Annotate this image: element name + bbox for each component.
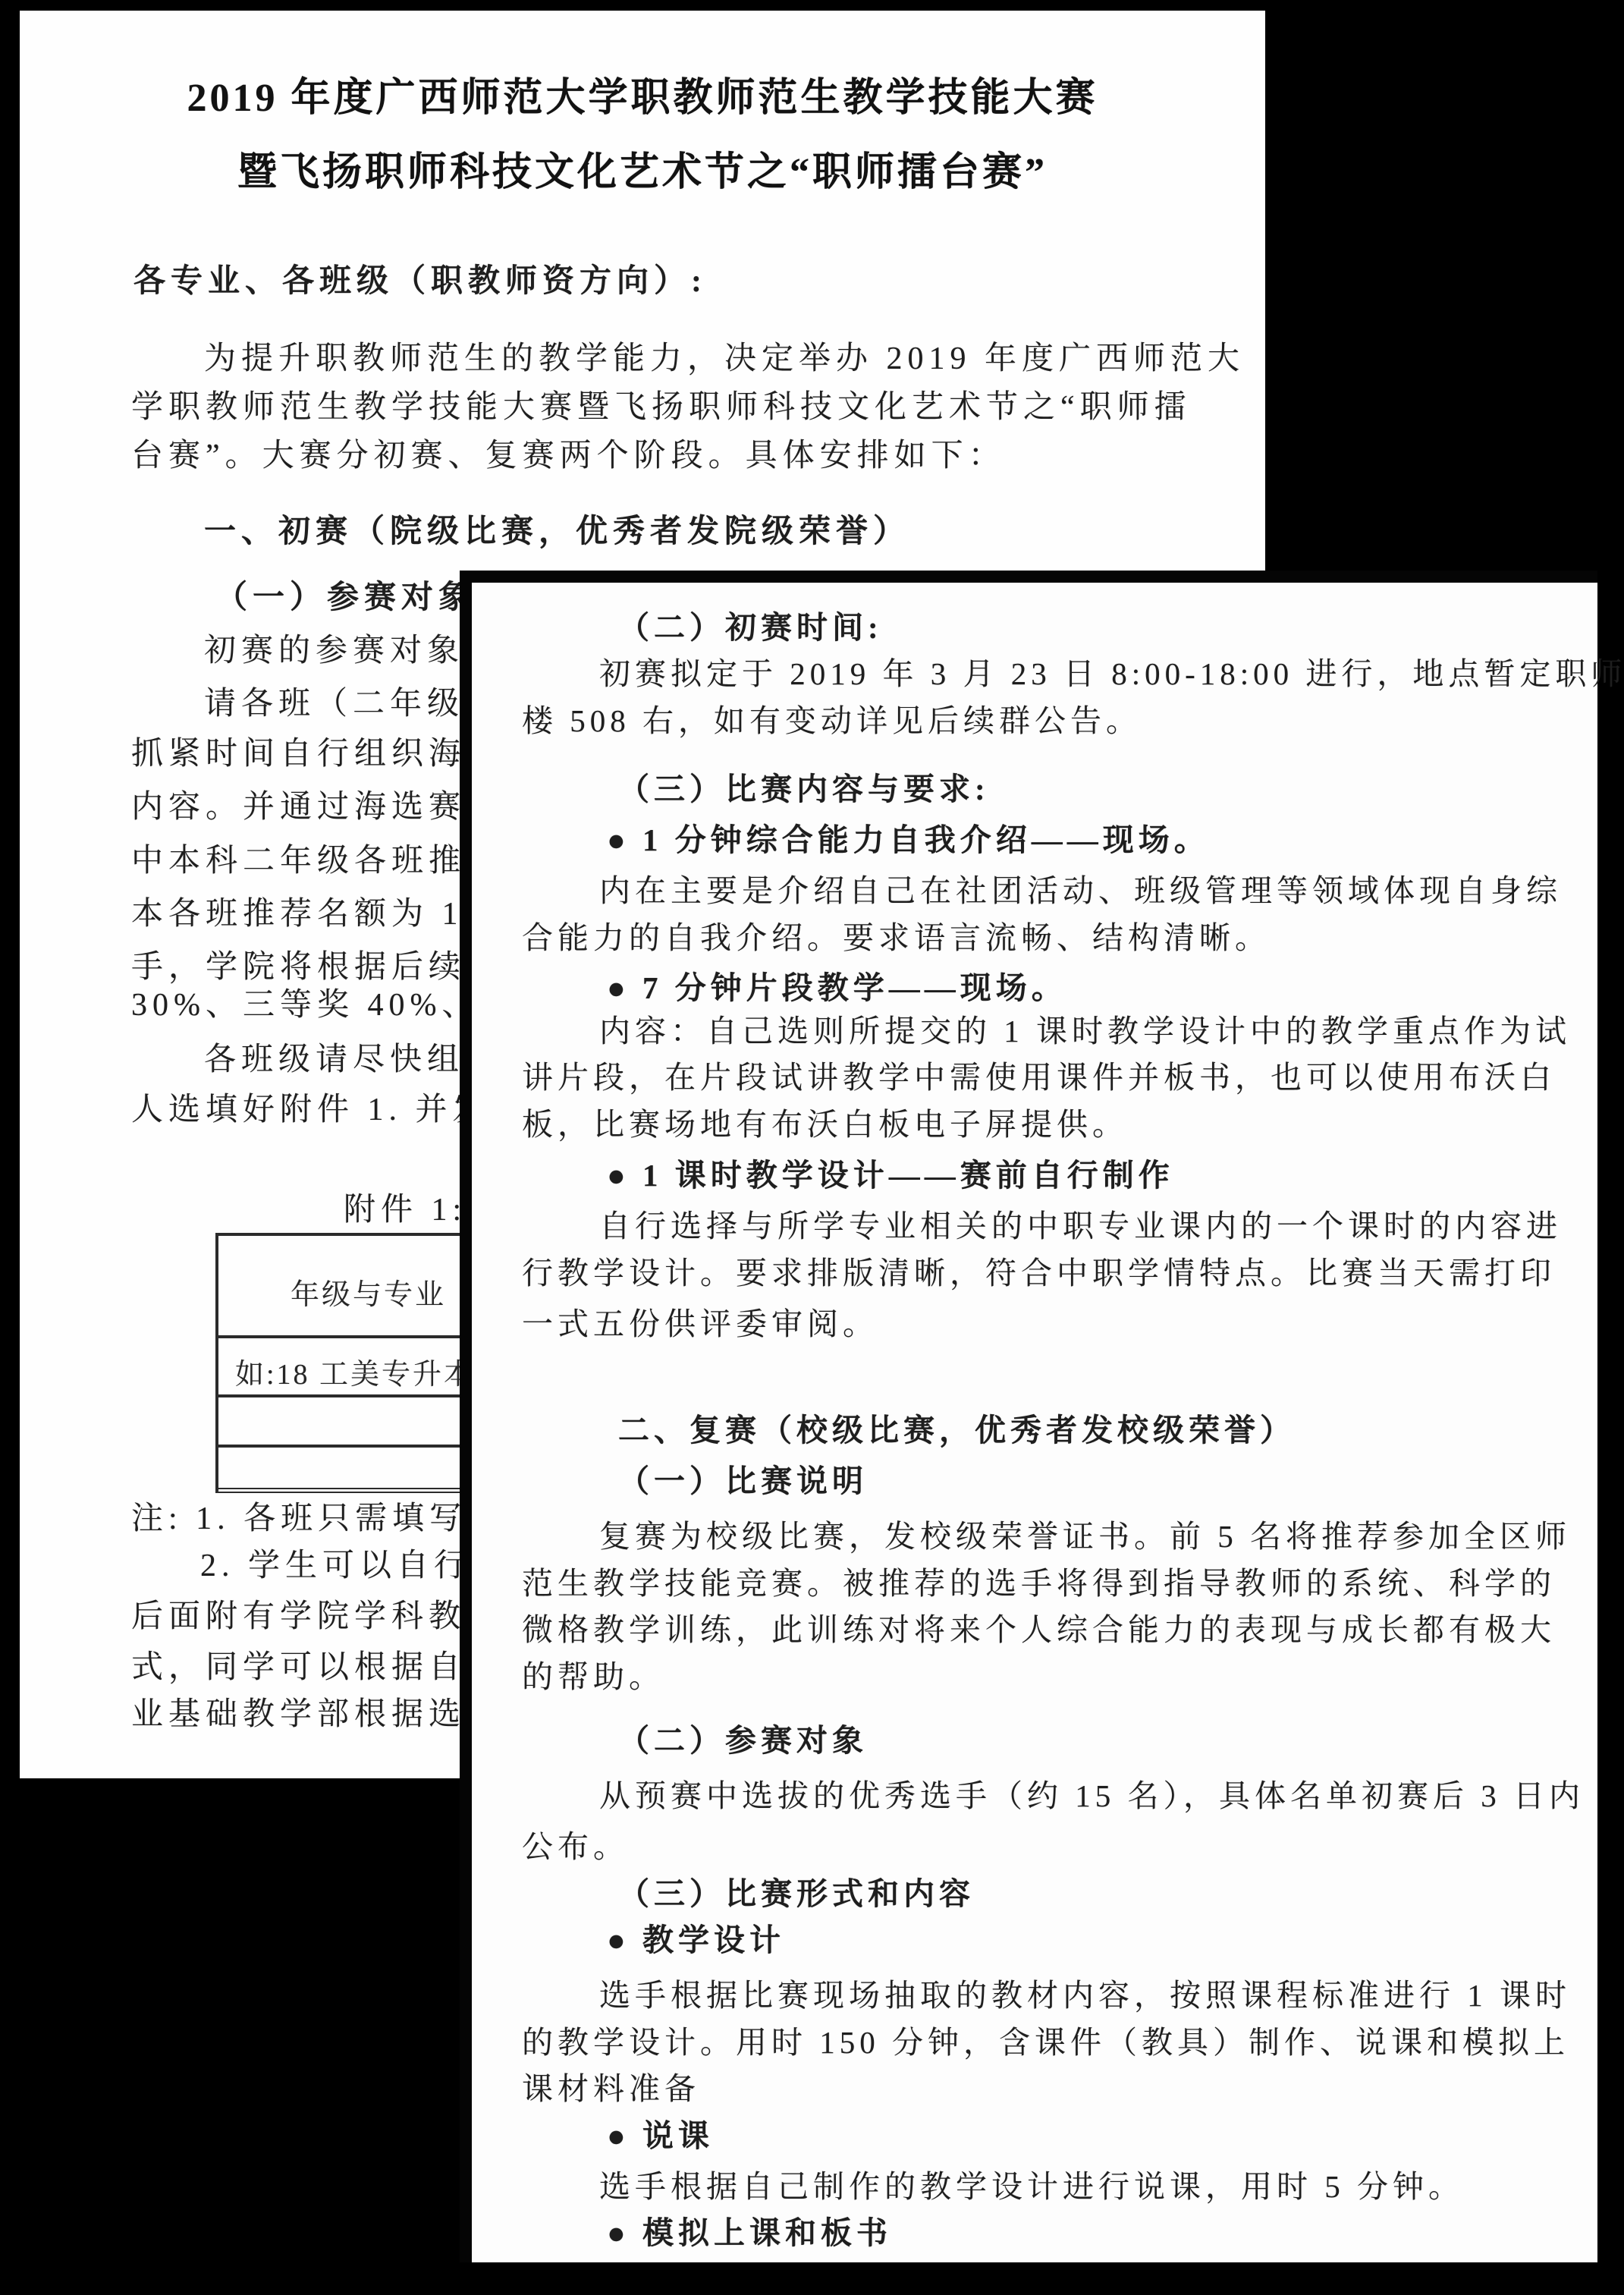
note-line: 后面附有学院学科教学法: [131, 1596, 462, 1637]
body-line: 行教学设计。要求排版清晰，符合中职学情特点。比赛当天需打印: [522, 1253, 1556, 1294]
body-line: 手，学院将根据后续各: [131, 947, 462, 988]
body-line: 一式五份供评委审阅。: [522, 1303, 878, 1344]
subsection-heading: （二）初赛时间:: [618, 607, 883, 648]
body-line: 的帮助。: [522, 1656, 664, 1697]
body-line: 初赛拟定于 2019 年 3 月 23 日 8:00-18:00 进行，地点暂定…: [599, 653, 1624, 694]
body-line: 从预赛中选拔的优秀选手（约 15 名），具体名单初赛后 3 日内: [599, 1775, 1585, 1816]
note-line: 业基础教学部根据选择选: [131, 1694, 462, 1735]
section-heading-final: 二、复赛（校级比赛，优秀者发校级荣誉）: [618, 1410, 1296, 1451]
body-line: 中本科二年级各班推荐: [131, 841, 462, 882]
body-line: 选手根据比赛现场抽取的教材内容，按照课程标准进行 1 课时: [599, 1975, 1571, 2016]
body-line: 内容：自己选则所提交的 1 课时教学设计中的教学重点作为试: [599, 1011, 1571, 1052]
table-empty-row: [218, 1448, 462, 1493]
bullet-item: ● 1 课时教学设计——赛前自行制作: [607, 1155, 1174, 1196]
body-line: 范生教学技能竞赛。被推荐的选手将得到指导教师的系统、科学的: [522, 1563, 1556, 1604]
scanned-document-background: 2019 年度广西师范大学职教师范生教学技能大赛 暨飞扬职师科技文化艺术节之“职…: [0, 0, 1624, 2295]
body-line: 自行选择与所学专业相关的中职专业课内的一个课时的内容进: [599, 1206, 1562, 1247]
bullet-item: ● 教学设计: [607, 1919, 785, 1960]
subsection-heading: （三）比赛形式和内容: [618, 1873, 975, 1914]
body-line: 各班级请尽快组织: [204, 1039, 462, 1080]
body-line: 课材料准备: [522, 2068, 700, 2109]
table-header-row: 年级与专业: [218, 1236, 462, 1338]
page-2: （二）初赛时间: 初赛拟定于 2019 年 3 月 23 日 8:00-18:0…: [460, 571, 1597, 2262]
table-example-cell: 如:18 工美专升本: [235, 1350, 462, 1392]
subsection-heading: （三）比赛内容与要求:: [618, 769, 990, 810]
body-line: 抓紧时间自行组织海选: [131, 734, 462, 775]
body-line: 复赛为校级比赛，发校级荣誉证书。前 5 名将推荐参加全区师: [599, 1516, 1571, 1557]
subsection-heading: （二）参赛对象: [618, 1720, 868, 1761]
bullet-item: ● 1 分钟综合能力自我介绍——现场。: [607, 819, 1210, 860]
body-line: 内在主要是介绍自己在社团活动、班级管理等领域体现自身综: [599, 870, 1562, 911]
attachment-table: 年级与专业 如:18 工美专升本: [215, 1233, 462, 1493]
bullet-item: ● 7 分钟片段教学——现场。: [607, 967, 1067, 1008]
bullet-item: ● 模拟上课和板书: [607, 2212, 892, 2253]
page-1-clipped-region: （一）参赛对象: 初赛的参赛对象是 请各班（二年级及 抓紧时间自行组织海选 内容…: [20, 11, 462, 1778]
body-line: 请各班（二年级及: [204, 684, 462, 725]
body-line: 30%、三等奖 40%、优秀: [131, 985, 462, 1026]
body-line: 内容。并通过海选赛将: [131, 787, 462, 828]
body-line: 的教学设计。用时 150 分钟，含课件（教具）制作、说课和模拟上: [522, 2022, 1569, 2063]
body-line: 初赛的参赛对象是: [204, 630, 462, 671]
subsection-heading: （一）比赛说明: [618, 1460, 868, 1501]
table-empty-row: [218, 1397, 462, 1448]
body-line: 本各班推荐名额为 1-2: [131, 894, 462, 935]
note-line: 式，同学可以根据自己的: [131, 1647, 462, 1688]
body-line: 人选填好附件 1. 并发送: [131, 1089, 462, 1130]
note-line: 注: 1. 各班只需填写一份: [131, 1498, 462, 1539]
body-line: 楼 508 右，如有变动详见后续群公告。: [522, 700, 1142, 741]
table-row: 如:18 工美专升本: [218, 1338, 462, 1397]
bullet-item: ● 说课: [607, 2115, 714, 2156]
page-2-content: （二）初赛时间: 初赛拟定于 2019 年 3 月 23 日 8:00-18:0…: [472, 583, 1597, 2262]
body-line: 合能力的自我介绍。要求语言流畅、结构清晰。: [522, 917, 1271, 958]
body-line: 公布。: [522, 1826, 629, 1867]
body-line: 讲片段，在片段试讲教学中需使用课件并板书，也可以使用布沃白: [522, 1057, 1556, 1098]
body-line: 微格教学训练，此训练对将来个人综合能力的表现与成长都有极大: [522, 1609, 1556, 1650]
body-line: 选手根据自己制作的教学设计进行说课，用时 5 分钟。: [599, 2166, 1464, 2207]
note-line: 2. 学生可以自行选择: [200, 1545, 462, 1586]
subsection-heading: （一）参赛对象:: [215, 577, 462, 618]
body-line: 板，比赛场地有布沃白板电子屏提供。: [522, 1104, 1128, 1145]
attachment-label: 附件 1: 2: [344, 1190, 462, 1231]
table-header-cell: 年级与专业: [291, 1271, 446, 1313]
